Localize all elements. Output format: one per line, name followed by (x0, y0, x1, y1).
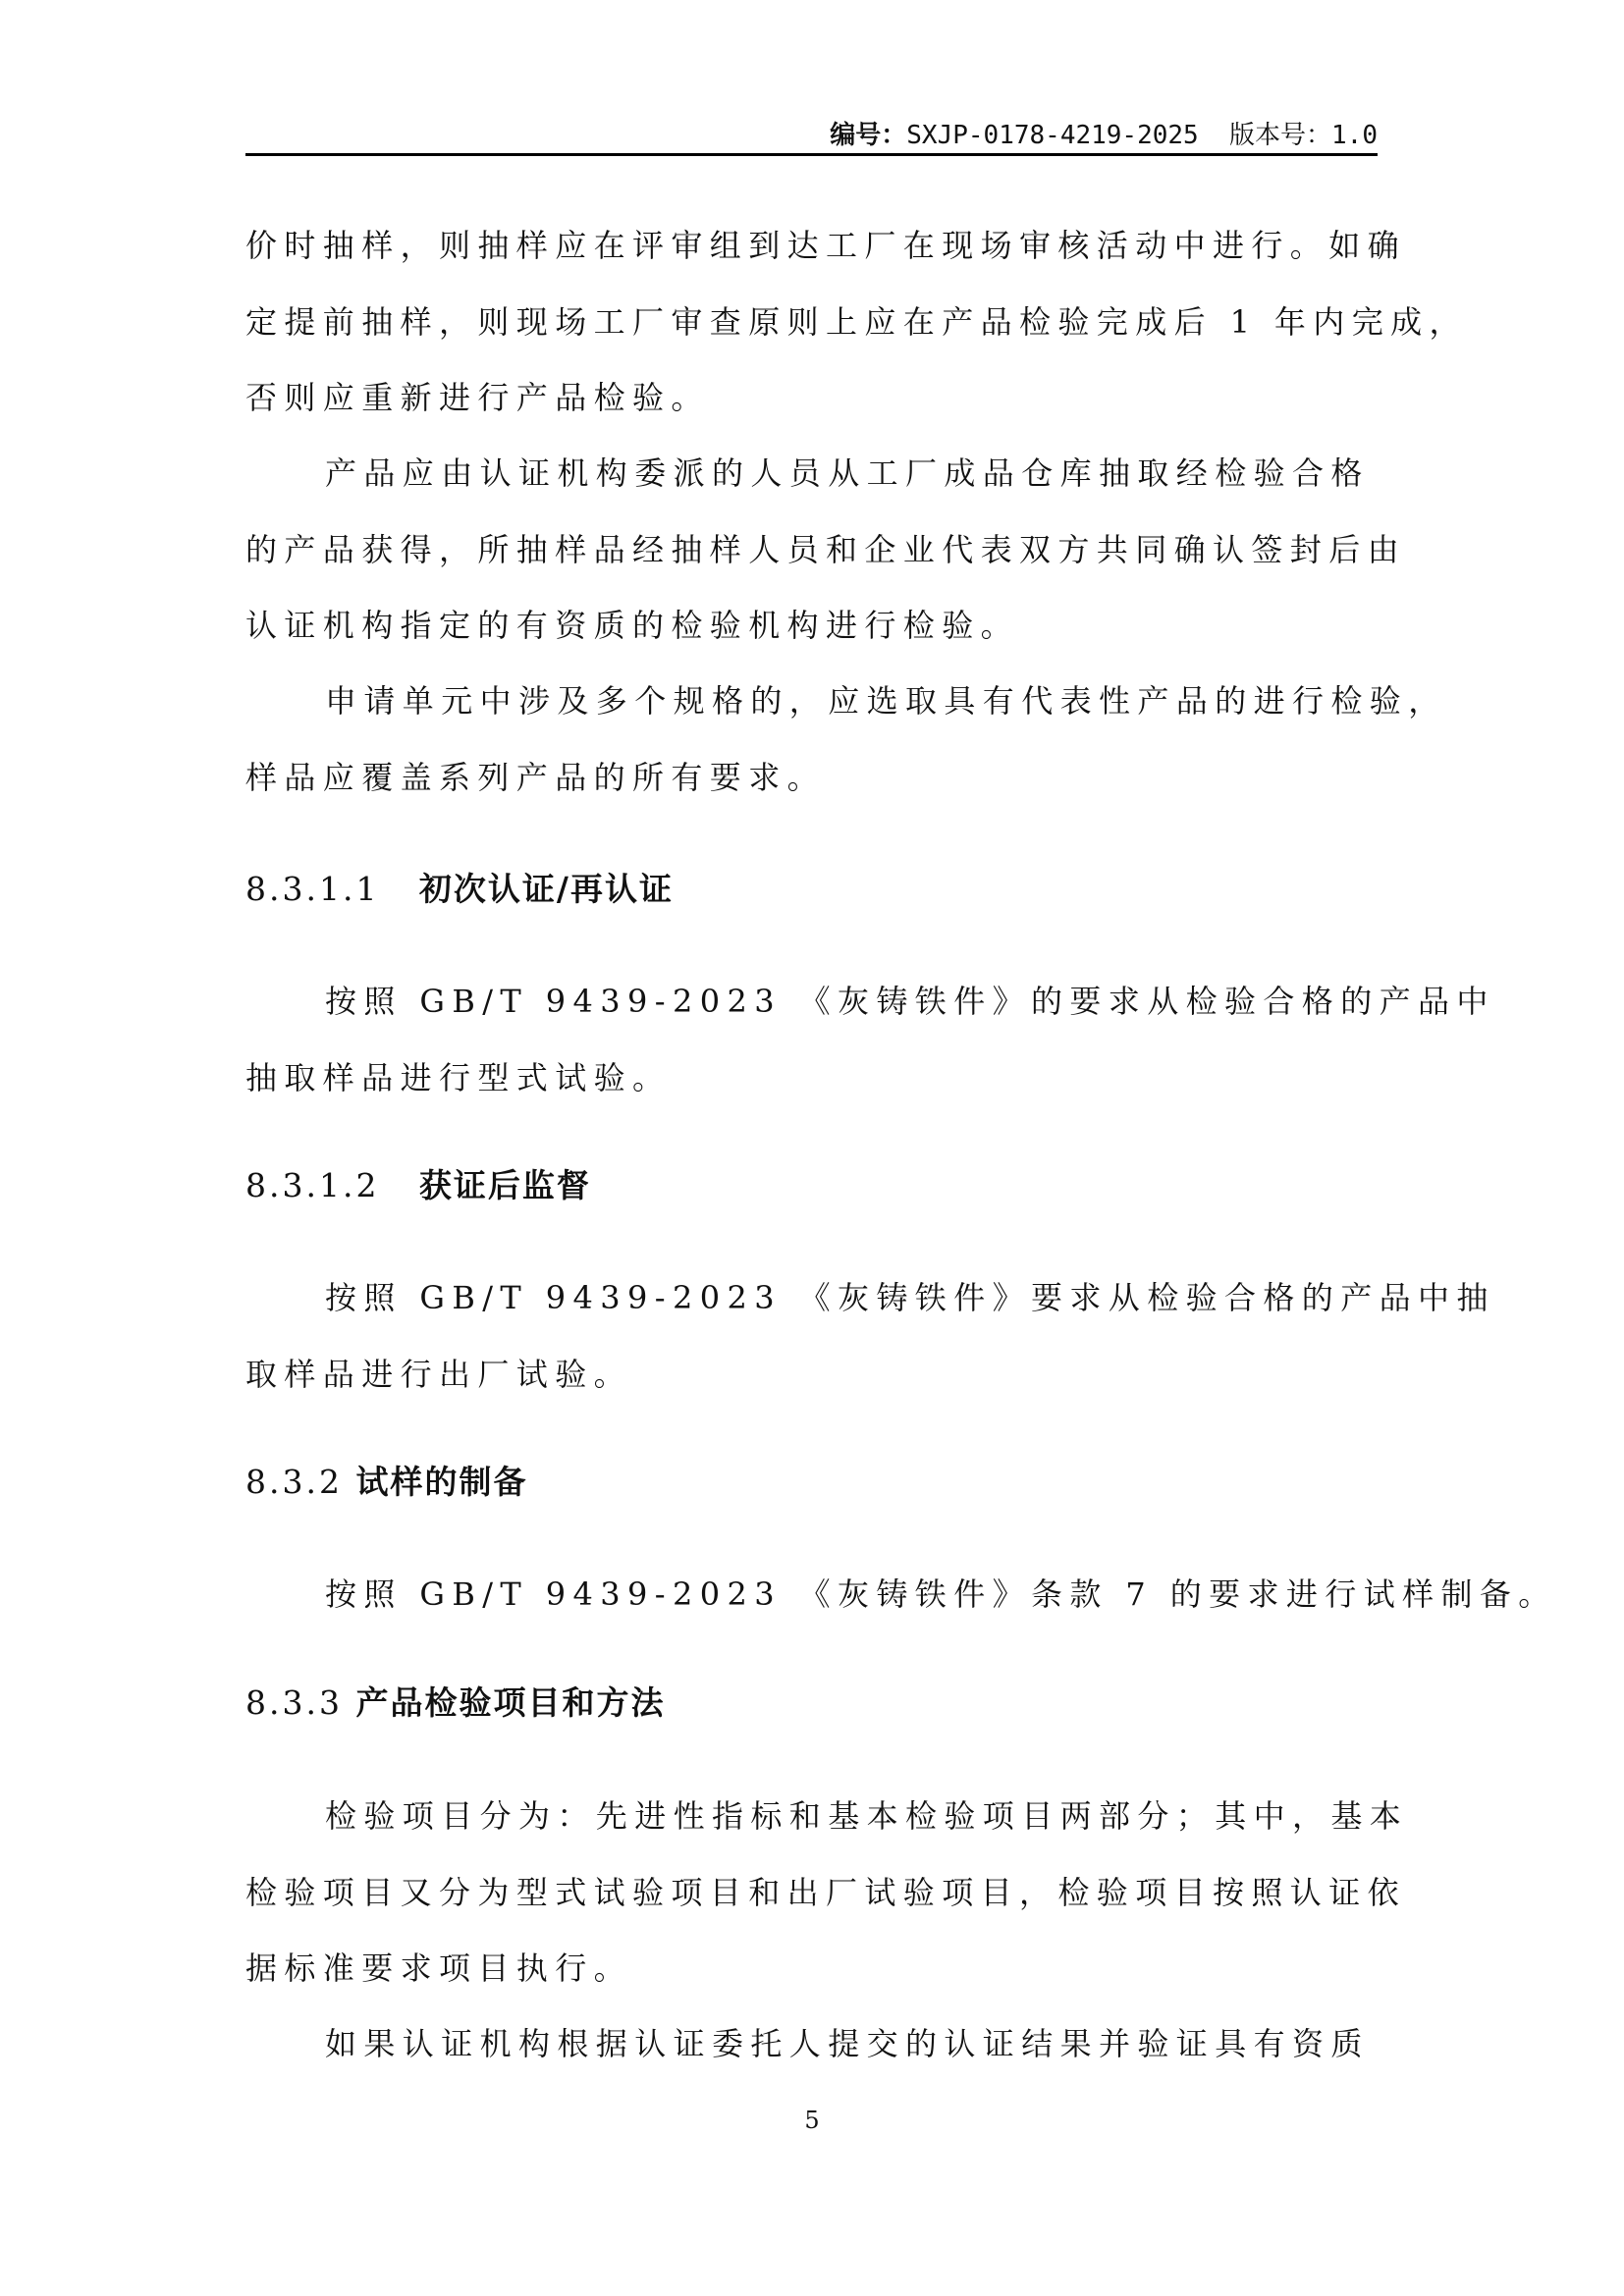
section-number: 8.3.3 (245, 1683, 343, 1722)
version-label: 版本号： (1229, 121, 1331, 150)
section-heading-8-3-2: 8.3.2 试样的制备 (245, 1458, 527, 1507)
section-number: 8.3.1.1 (245, 870, 379, 908)
body-line: 抽取样品进行型式试验。 (245, 1053, 1384, 1102)
section-heading-8-3-1-2: 8.3.1.2 获证后监督 (245, 1161, 591, 1210)
section-title: 初次认证/再认证 (419, 870, 674, 908)
body-line: 产品应由认证机构委派的人员从工厂成品仓库抽取经检验合格 (325, 449, 1464, 498)
body-line: 按照 GB/T 9439-2023 《灰铸铁件》的要求从检验合格的产品中 (325, 977, 1464, 1026)
section-number: 8.3.2 (245, 1463, 343, 1501)
body-line: 定提前抽样，则现场工厂审查原则上应在产品检验完成后 1 年内完成， (245, 297, 1384, 347)
body-line: 据标准要求项目执行。 (245, 1944, 1384, 1993)
body-line: 认证机构指定的有资质的检验机构进行检验。 (245, 601, 1384, 650)
body-line: 按照 GB/T 9439-2023 《灰铸铁件》要求从检验合格的产品中抽 (325, 1273, 1464, 1322)
section-title: 产品检验项目和方法 (355, 1683, 665, 1722)
section-number: 8.3.1.2 (245, 1166, 379, 1204)
section-title: 试样的制备 (355, 1463, 527, 1501)
body-line: 检验项目又分为型式试验项目和出厂试验项目，检验项目按照认证依 (245, 1868, 1384, 1917)
section-heading-8-3-1-1: 8.3.1.1 初次认证/再认证 (245, 865, 674, 914)
body-line: 申请单元中涉及多个规格的，应选取具有代表性产品的进行检验， (325, 676, 1464, 725)
body-line: 按照 GB/T 9439-2023 《灰铸铁件》条款 7 的要求进行试样制备。 (325, 1570, 1464, 1619)
header-rule (245, 153, 1378, 156)
body-line: 否则应重新进行产品检验。 (245, 373, 1384, 422)
body-line: 的产品获得，所抽样品经抽样人员和企业代表双方共同确认签封后由 (245, 525, 1384, 574)
page-header: 编号：SXJP-0178-4219-2025 版本号：1.0 (245, 116, 1378, 155)
section-title: 获证后监督 (419, 1166, 591, 1204)
document-code-label: 编号： (830, 121, 906, 150)
body-line: 取样品进行出厂试验。 (245, 1350, 1384, 1399)
document-code-value: SXJP-0178-4219-2025 (906, 121, 1198, 150)
body-line: 检验项目分为：先进性指标和基本检验项目两部分；其中，基本 (325, 1791, 1464, 1841)
body-line: 如果认证机构根据认证委托人提交的认证结果并验证具有资质 (325, 2019, 1464, 2068)
body-line: 价时抽样，则抽样应在评审组到达工厂在现场审核活动中进行。如确 (245, 221, 1384, 270)
page-number: 5 (0, 2104, 1624, 2137)
body-line: 样品应覆盖系列产品的所有要求。 (245, 753, 1384, 802)
section-heading-8-3-3: 8.3.3 产品检验项目和方法 (245, 1679, 665, 1728)
version-value: 1.0 (1331, 121, 1378, 150)
